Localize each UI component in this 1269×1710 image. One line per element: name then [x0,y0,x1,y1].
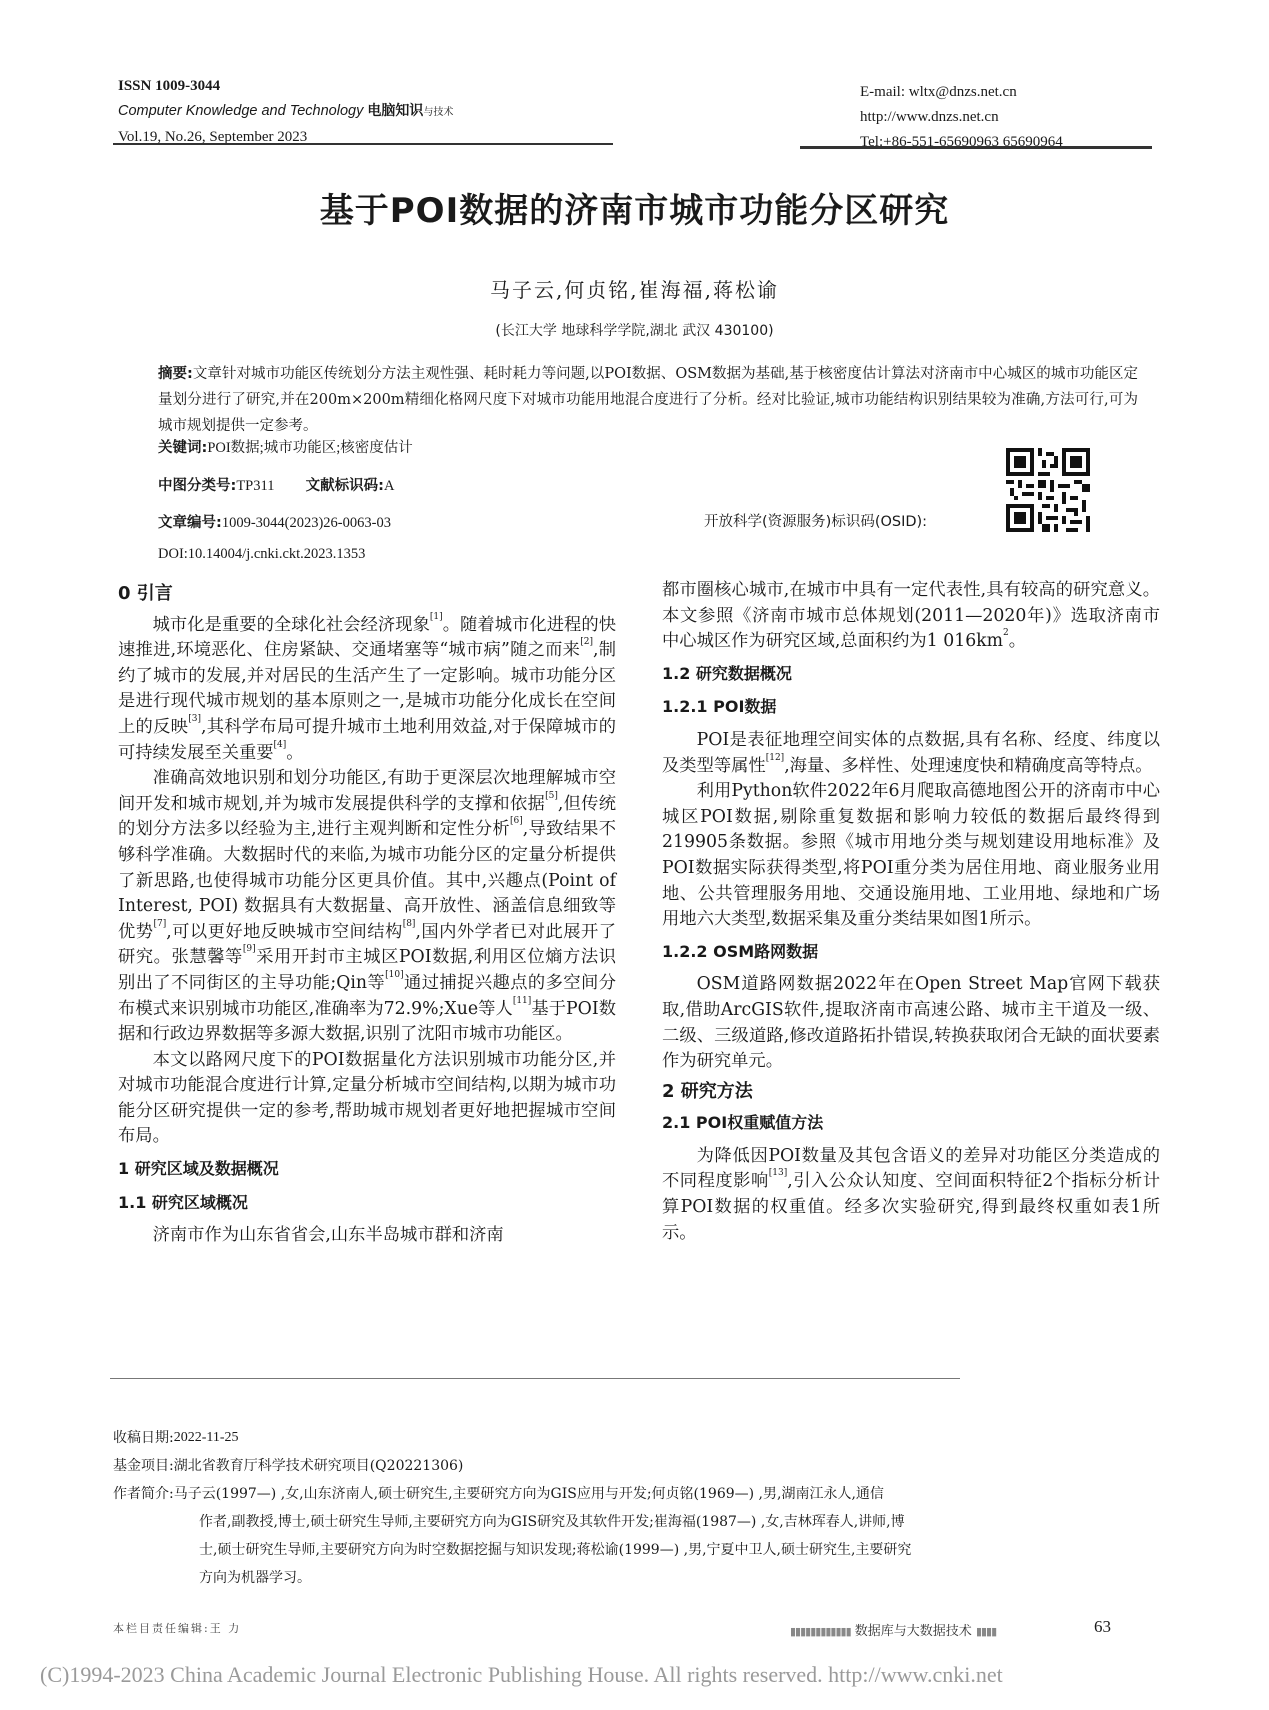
journal-name-en: Computer Knowledge and Technology [118,103,363,119]
received-date: 收稿日期:2022-11-25 [113,1424,1173,1452]
editor-credit: 本栏目责任编辑:王 力 [113,1620,241,1636]
fund-project: 基金项目:湖北省教育厅科学技术研究项目(Q20221306) [113,1452,1173,1480]
abstract-label: 摘要: [158,366,193,382]
abstract-text: 文章针对城市功能区传统划分方法主观性强、耗时耗力等问题,以POI数据、OSM数据… [158,366,1138,434]
clc-label: 中图分类号: [158,478,236,494]
abstract: 摘要:文章针对城市功能区传统划分方法主观性强、耗时耗力等问题,以POI数据、OS… [158,361,1138,439]
citation[interactable]: [9] [243,944,256,954]
qr-code-icon[interactable] [1006,448,1090,532]
footnotes: 收稿日期:2022-11-25 基金项目:湖北省教育厅科学技术研究项目(Q202… [113,1424,1173,1592]
paragraph: 利用Python软件2022年6月爬取高德地图公开的济南市中心城区POI数据,剔… [662,779,1160,933]
copyright-notice: (C)1994-2023 China Academic Journal Elec… [40,1662,1003,1688]
author-bio-line: 士,硕士研究生导师,主要研究方向为时空数据挖掘与知识发现;蒋松谕(1999—) … [113,1536,1173,1564]
keywords-value: POI数据;城市功能区;核密度估计 [207,440,412,456]
clc-value: TP311 [236,478,274,494]
osid-label: 开放科学(资源服务)标识码(OSID): [704,510,927,531]
citation[interactable]: [7] [153,919,166,929]
doc-code-value: A [384,478,394,494]
header-rule-left [113,143,613,145]
affiliation: (长江大学 地球科学学院,湖北 武汉 430100) [0,320,1269,340]
citation[interactable]: [12] [766,753,784,763]
paragraph: 本文以路网尺度下的POI数据量化方法识别城市功能分区,并对城市功能混合度进行计算… [118,1048,616,1150]
journal-header-left: ISSN 1009-3044 Computer Knowledge and Te… [118,74,453,150]
paragraph: 济南市作为山东省省会,山东半岛城市群和济南 [118,1223,616,1249]
section-heading-2-1: 2.1 POI权重赋值方法 [662,1110,1160,1136]
contact-website: http://www.dnzs.net.cn [860,105,1063,130]
paragraph: OSM道路网数据2022年在Open Street Map官网下载获取,借助Ar… [662,972,1160,1074]
journal-header-right: E-mail: wltx@dnzs.net.cn http://www.dnzs… [860,80,1063,155]
citation[interactable]: [6] [510,816,523,826]
classification: 中图分类号:TP311 文献标识码:A [158,474,394,495]
section-heading-1-2-2: 1.2.2 OSM路网数据 [662,939,1160,965]
section-heading-1-2-1: 1.2.1 POI数据 [662,694,1160,720]
paper-title: 基于POI数据的济南市城市功能分区研究 [0,183,1269,232]
paragraph: 为降低因POI数量及其包含语义的差异对功能区分类造成的不同程度影响[13],引入… [662,1144,1160,1246]
section-heading-2: 2 研究方法 [662,1079,1160,1105]
paragraph: 准确高效地识别和划分功能区,有助于更深层次地理解城市空间开发和城市规划,并为城市… [118,766,616,1048]
section-label: 数据库与大数据技术 [855,1624,972,1639]
doc-code-label: 文献标识码: [306,478,384,494]
body-right-column: 都市圈核心城市,在城市中具有一定代表性,具有较高的研究意义。本文参照《济南市城市… [662,578,1160,1246]
citation[interactable]: [4] [274,740,287,750]
paragraph: 都市圈核心城市,在城市中具有一定代表性,具有较高的研究意义。本文参照《济南市城市… [662,578,1160,655]
journal-name: Computer Knowledge and Technology 电脑知识与技… [118,99,453,125]
citation[interactable]: [1] [430,612,443,622]
author-bio: 作者简介:马子云(1997—) ,女,山东济南人,硕士研究生,主要研究方向为GI… [113,1480,1173,1508]
citation[interactable]: [10] [385,970,403,980]
authors: 马子云,何贞铭,崔海福,蒋松谕 [0,274,1269,303]
header-rule-right [800,146,1152,149]
section-heading-1-1: 1.1 研究区域概况 [118,1190,616,1216]
keywords: 关键词:POI数据;城市功能区;核密度估计 [158,436,413,457]
author-bio-line: 作者,副教授,博士,硕士研究生导师,主要研究方向为GIS研究及其软件开发;崔海福… [113,1508,1173,1536]
citation[interactable]: [13] [769,1168,787,1178]
citation[interactable]: [5] [545,791,558,801]
journal-name-cn-small: 与技术 [423,107,453,118]
volume-info: Vol.19, No.26, September 2023 [118,125,453,150]
citation[interactable]: [2] [580,637,593,647]
paragraph: POI是表征地理空间实体的点数据,具有名称、经度、纬度以及类型等属性[12],海… [662,728,1160,779]
paragraph: 城市化是重要的全球化社会经济现象[1]。随着城市化进程的快速推进,环境恶化、住房… [118,613,616,767]
section-heading-0: 0 引言 [118,581,616,607]
section-name: ▮▮▮▮▮▮▮▮▮▮▮▮ 数据库与大数据技术 ▮▮▮▮ [790,1620,996,1639]
citation[interactable]: [11] [513,996,531,1006]
keywords-label: 关键词: [158,440,207,456]
decorative-bars: ▮▮▮▮▮▮▮▮▮▮▮▮ [790,1625,851,1638]
author-bio-line: 方向为机器学习。 [113,1564,1173,1592]
article-number: 文章编号:1009-3044(2023)26-0063-03 [158,511,391,532]
article-no-label: 文章编号: [158,515,222,531]
article-no-value: 1009-3044(2023)26-0063-03 [222,515,391,531]
section-heading-1: 1 研究区域及数据概况 [118,1156,616,1182]
section-heading-1-2: 1.2 研究数据概况 [662,661,1160,687]
contact-tel: Tel:+86-551-65690963 65690964 [860,130,1063,155]
page-number: 63 [1094,1617,1111,1637]
journal-name-cn: 电脑知识 [367,103,423,119]
footnote-divider [110,1378,960,1379]
doi[interactable]: DOI:10.14004/j.cnki.ckt.2023.1353 [158,546,365,563]
issn: ISSN 1009-3044 [118,74,453,99]
citation[interactable]: [3] [188,714,201,724]
decorative-bars: ▮▮▮▮ [976,1625,996,1638]
citation[interactable]: [8] [403,919,416,929]
contact-email: E-mail: wltx@dnzs.net.cn [860,80,1063,105]
body-left-column: 0 引言 城市化是重要的全球化社会经济现象[1]。随着城市化进程的快速推进,环境… [118,577,616,1249]
